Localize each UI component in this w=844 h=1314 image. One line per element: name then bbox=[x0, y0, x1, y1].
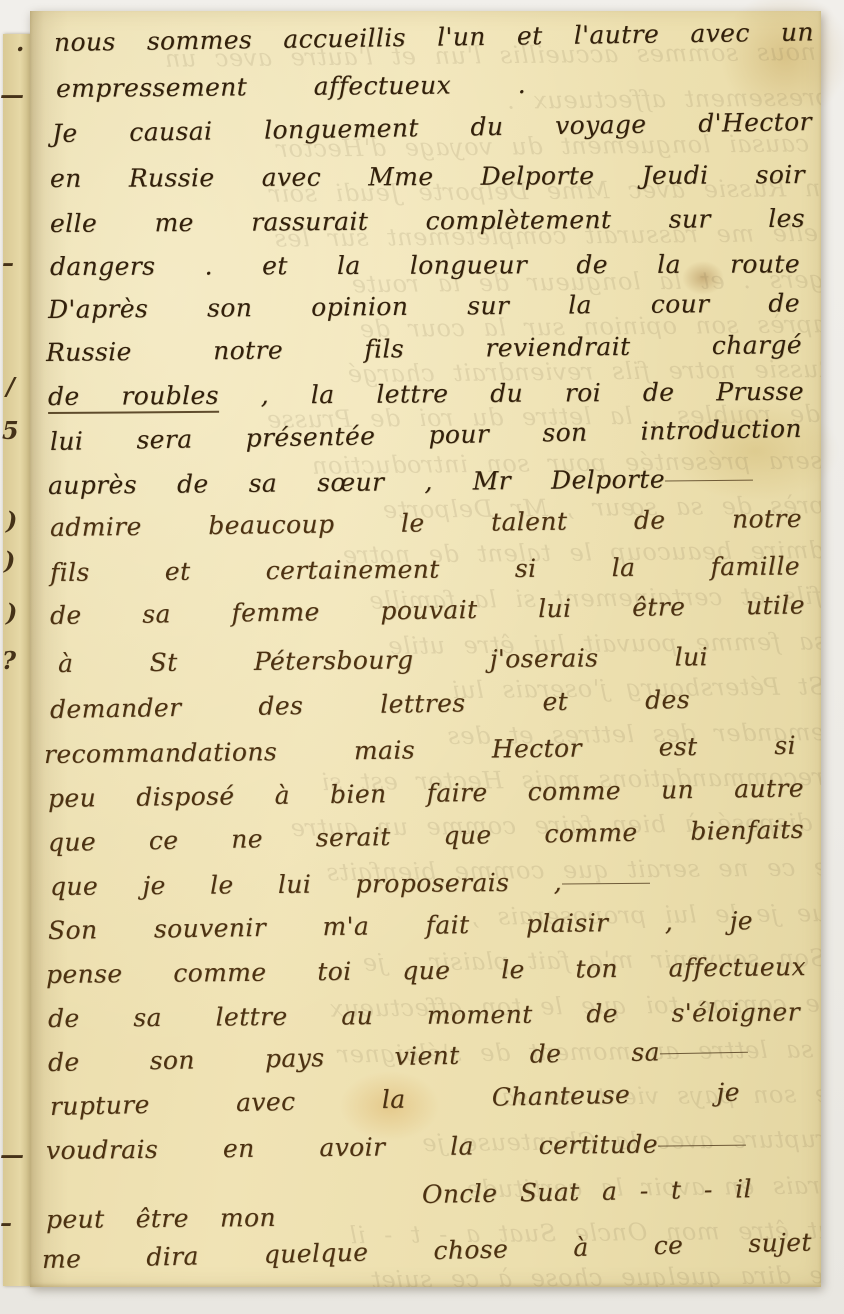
handwriting-line: elle me rassurait complètement sur les bbox=[50, 203, 805, 240]
stray-ink-mark: ) bbox=[6, 598, 17, 627]
handwriting-line: peut être mon bbox=[46, 1202, 276, 1236]
stray-ink-mark: — bbox=[0, 1140, 24, 1169]
stray-ink-mark: — bbox=[0, 80, 24, 109]
handwriting-line: de roubles , la lettre du roi de Prusse bbox=[48, 376, 804, 413]
letter-page: nous sommes accueillis l'un et l'autre a… bbox=[30, 11, 821, 1287]
handwriting-line: en Russie avec Mme Delporte Jeudi soir bbox=[50, 159, 805, 195]
underlined-words: de roubles bbox=[48, 381, 219, 414]
stray-ink-mark: ) bbox=[6, 506, 17, 535]
handwriting-line: admire beaucoup le talent de notre bbox=[50, 503, 802, 544]
handwriting-line: que je le lui proposerais , bbox=[50, 866, 650, 903]
stray-ink-mark: 5 bbox=[2, 416, 19, 445]
handwriting-line: à St Pétersbourg j'oserais lui bbox=[58, 641, 708, 680]
handwriting-line: peu disposé à bien faire comme un autre bbox=[48, 772, 804, 815]
handwriting-line: que ce ne serait que comme bienfaits bbox=[48, 814, 804, 859]
handwriting-line: pense comme toi que le ton affectueux bbox=[46, 951, 806, 991]
handwriting-line: nous sommes accueillis l'un et l'autre a… bbox=[54, 16, 814, 59]
handwriting-line: Oncle Suat a - t - il bbox=[422, 1173, 753, 1211]
handwriting-line: recommandations mais Hector est si bbox=[44, 730, 796, 771]
handwriting-line: Son souvenir m'a fait plaisir , je bbox=[48, 905, 753, 947]
stray-ink-mark: ) bbox=[4, 546, 15, 575]
handwriting-line: rupture avec la Chanteuse je bbox=[50, 1077, 741, 1123]
stray-ink-mark: – bbox=[0, 1208, 12, 1237]
handwriting-line: lui sera présentée pour son introduction bbox=[50, 413, 802, 458]
handwriting-line: dangers . et la longueur de la route bbox=[50, 248, 800, 283]
handwriting-line: fils et certainement si la famille bbox=[50, 550, 800, 589]
stray-ink-mark: . bbox=[16, 28, 24, 57]
handwriting-line: de sa lettre au moment de s'éloigner bbox=[48, 996, 800, 1035]
handwriting-line: Russie notre fils reviendrait chargé bbox=[46, 329, 802, 369]
handwriting-line: Je causai longuement du voyage d'Hector bbox=[52, 106, 812, 150]
handwriting-line: voudrais en avoir la certitude bbox=[46, 1128, 746, 1167]
handwriting-line: de son pays vient de sa bbox=[48, 1035, 748, 1079]
handwriting-line: auprès de sa sœur , Mr Delporte bbox=[48, 463, 753, 502]
stray-ink-mark: – bbox=[2, 248, 14, 277]
handwriting-line: demander des lettres et des bbox=[50, 684, 690, 726]
stray-ink-mark: ? bbox=[2, 646, 16, 675]
scanned-letter: . — – / 5 ) ) ) ? — – nous sommes accuei… bbox=[0, 0, 844, 1314]
handwriting-line-rest: , la lettre du roi de Prusse bbox=[219, 377, 804, 410]
handwriting-line: empressement affectueux . bbox=[56, 69, 526, 105]
handwriting-line: de sa femme pouvait lui être utile bbox=[50, 589, 805, 632]
handwriting-line: D'après son opinion sur la cour de bbox=[48, 287, 800, 326]
stray-ink-mark: / bbox=[6, 372, 15, 401]
